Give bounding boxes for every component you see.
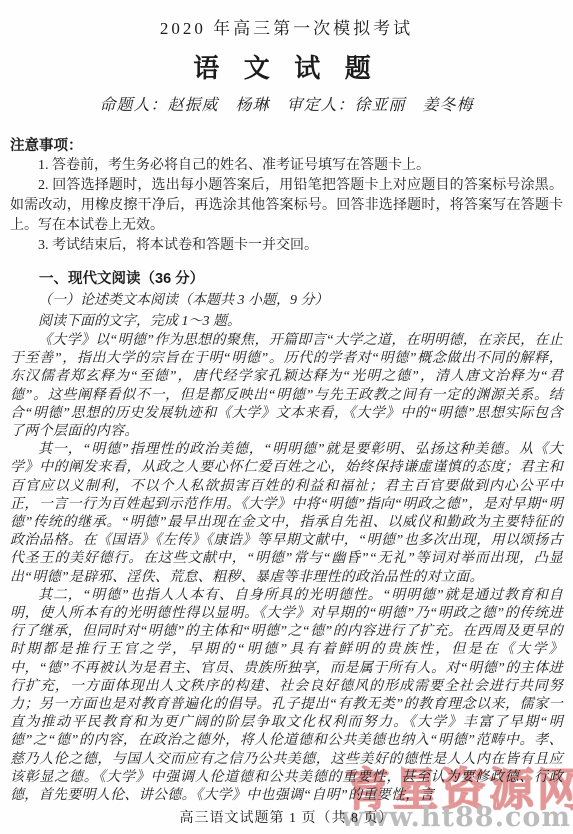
notice-item: 3. 考试结束后，将本试卷和答题卡一并交回。	[10, 236, 563, 256]
notice-item: 1. 答卷前，考生务必将自己的姓名、准考证号填写在答题卡上。	[10, 156, 563, 176]
passage-paragraph: 《大学》以“明德”作为思想的聚焦，开篇即言“大学之道，在明明德，在亲民，在止于至…	[10, 332, 563, 441]
authors-line: 命题人：赵振威 杨琳 审定人：徐亚丽 姜冬梅	[0, 92, 573, 115]
notices-section: 注意事项： 1. 答卷前，考生务必将自己的姓名、准考证号填写在答题卡上。 2. …	[10, 136, 563, 256]
paper-header: 2020 年高三第一次模拟考试 语 文 试 题 命题人：赵振威 杨琳 审定人：徐…	[0, 0, 573, 115]
notice-item: 2. 回答选择题时，选出每小题答案后，用铅笔把答题卡上对应题目的答案标号涂黑。如…	[10, 176, 563, 236]
exam-session-title: 2020 年高三第一次模拟考试	[0, 14, 573, 39]
reading-instruction: 阅读下面的文字，完成 1～3 题。	[10, 311, 563, 332]
section-subheading: （一）论述类文本阅读（本题共 3 小题，9 分）	[10, 290, 563, 311]
notices-label: 注意事项：	[10, 136, 563, 156]
subject-title: 语 文 试 题	[0, 48, 573, 85]
exam-paper-page: 2020 年高三第一次模拟考试 语 文 试 题 命题人：赵振威 杨琳 审定人：徐…	[0, 0, 573, 834]
section-heading: 一、现代文阅读（36 分）	[10, 269, 563, 290]
reading-section: 一、现代文阅读（36 分） （一）论述类文本阅读（本题共 3 小题，9 分） 阅…	[10, 269, 563, 805]
passage-paragraph: 其二，“明德”也指人人本有、自身所具的光明德性。“明明德”就是通过教育和自明，使…	[10, 587, 563, 805]
page-number-label: 高三语文试题第 1 页（共 8 页）	[180, 811, 394, 826]
passage-paragraph: 其一，“明德”指理性的政治美德，“明明德”就是要彰明、弘扬这种美德。从《大学》中…	[10, 441, 563, 587]
page-footer: 高三语文试题第 1 页（共 8 页）	[0, 807, 573, 827]
